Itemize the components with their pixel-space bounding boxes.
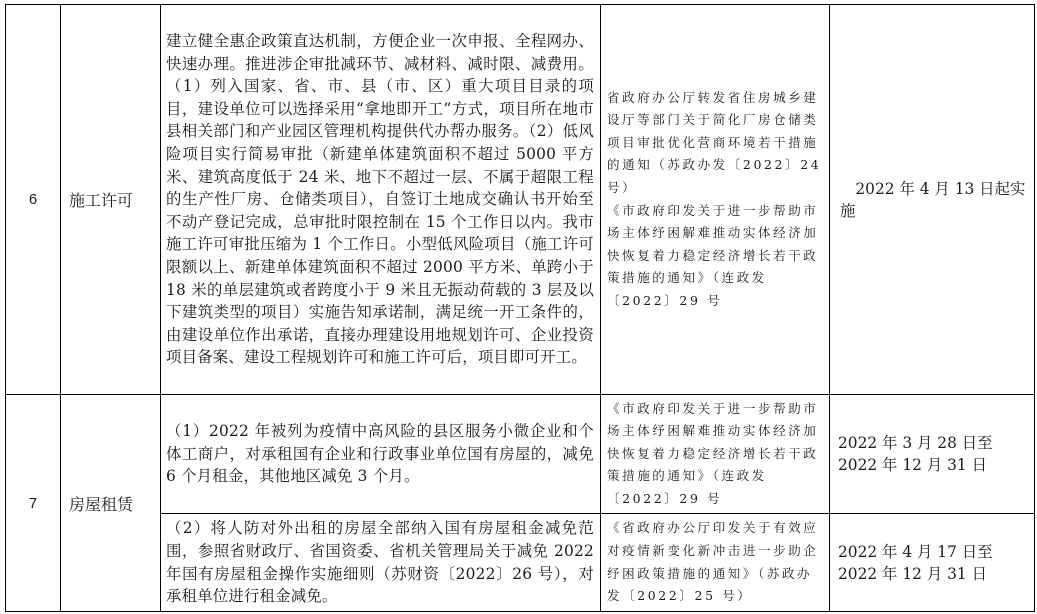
policy-time-cell: 2022 年 3 月 28 日至 2022 年 12 月 31 日 bbox=[830, 395, 1035, 514]
policy-time: 2022 年 4 月 13 日起实施 bbox=[830, 178, 1034, 222]
policy-content: （2）将人防对外出租的房屋全部纳入国有房屋租金减免范围，参照省财政厅、省国资委、… bbox=[161, 517, 600, 607]
row-number: 6 bbox=[6, 5, 61, 395]
row-number: 7 bbox=[6, 395, 61, 612]
policy-basis: 《市政府印发关于进一步帮助市场主体纾困解难推动实体经济加快恢复着力稳定经济增长若… bbox=[601, 398, 829, 511]
policy-basis-cell: 《市政府印发关于进一步帮助市场主体纾困解难推动实体经济加快恢复着力稳定经济增长若… bbox=[601, 395, 830, 514]
policy-time-cell: 2022 年 4 月 13 日起实施 bbox=[830, 5, 1035, 395]
policy-basis-cell: 《省政府办公厅印发关于有效应对疫情新变化新冲击进一步助企纾困政策措施的通知》（苏… bbox=[601, 514, 830, 612]
policy-content: 建立健全惠企政策直达机制，方便企业一次申报、全程网办、快速办理。推进涉企审批减环… bbox=[161, 30, 600, 369]
policy-content-cell: （2）将人防对外出租的房屋全部纳入国有房屋租金减免范围，参照省财政厅、省国资委、… bbox=[161, 514, 601, 612]
policy-time-cell: 2022 年 4 月 17 日至 2022 年 12 月 31 日 bbox=[830, 514, 1035, 612]
policy-table: 6 施工许可 建立健全惠企政策直达机制，方便企业一次申报、全程网办、快速办理。推… bbox=[5, 4, 1035, 612]
policy-item: 施工许可 bbox=[61, 5, 161, 395]
policy-basis: 《省政府办公厅印发关于有效应对疫情新变化新冲击进一步助企纾困政策措施的通知》（苏… bbox=[601, 517, 829, 607]
table-row-6: 6 施工许可 建立健全惠企政策直达机制，方便企业一次申报、全程网办、快速办理。推… bbox=[6, 5, 1035, 395]
policy-content-cell: （1）2022 年被列为疫情中高风险的县区服务小微企业和个体工商户，对承租国有企… bbox=[161, 395, 601, 514]
policy-time: 2022 年 4 月 17 日至 2022 年 12 月 31 日 bbox=[830, 541, 1034, 585]
policy-basis-cell: 省政府办公厅转发省住房城乡建设厅等部门关于简化厂房仓储类项目审批优化营商环境若干… bbox=[601, 5, 830, 395]
table-row-7: 7 房屋租赁 （1）2022 年被列为疫情中高风险的县区服务小微企业和个体工商户… bbox=[6, 395, 1035, 514]
table-row-7-sub: （2）将人防对外出租的房屋全部纳入国有房屋租金减免范围，参照省财政厅、省国资委、… bbox=[6, 514, 1035, 612]
policy-basis: 省政府办公厅转发省住房城乡建设厅等部门关于简化厂房仓储类项目审批优化营商环境若干… bbox=[601, 87, 829, 313]
policy-time: 2022 年 3 月 28 日至 2022 年 12 月 31 日 bbox=[830, 432, 1034, 476]
policy-content-cell: 建立健全惠企政策直达机制，方便企业一次申报、全程网办、快速办理。推进涉企审批减环… bbox=[161, 5, 601, 395]
policy-content: （1）2022 年被列为疫情中高风险的县区服务小微企业和个体工商户，对承租国有企… bbox=[161, 420, 600, 488]
policy-item: 房屋租赁 bbox=[61, 395, 161, 612]
